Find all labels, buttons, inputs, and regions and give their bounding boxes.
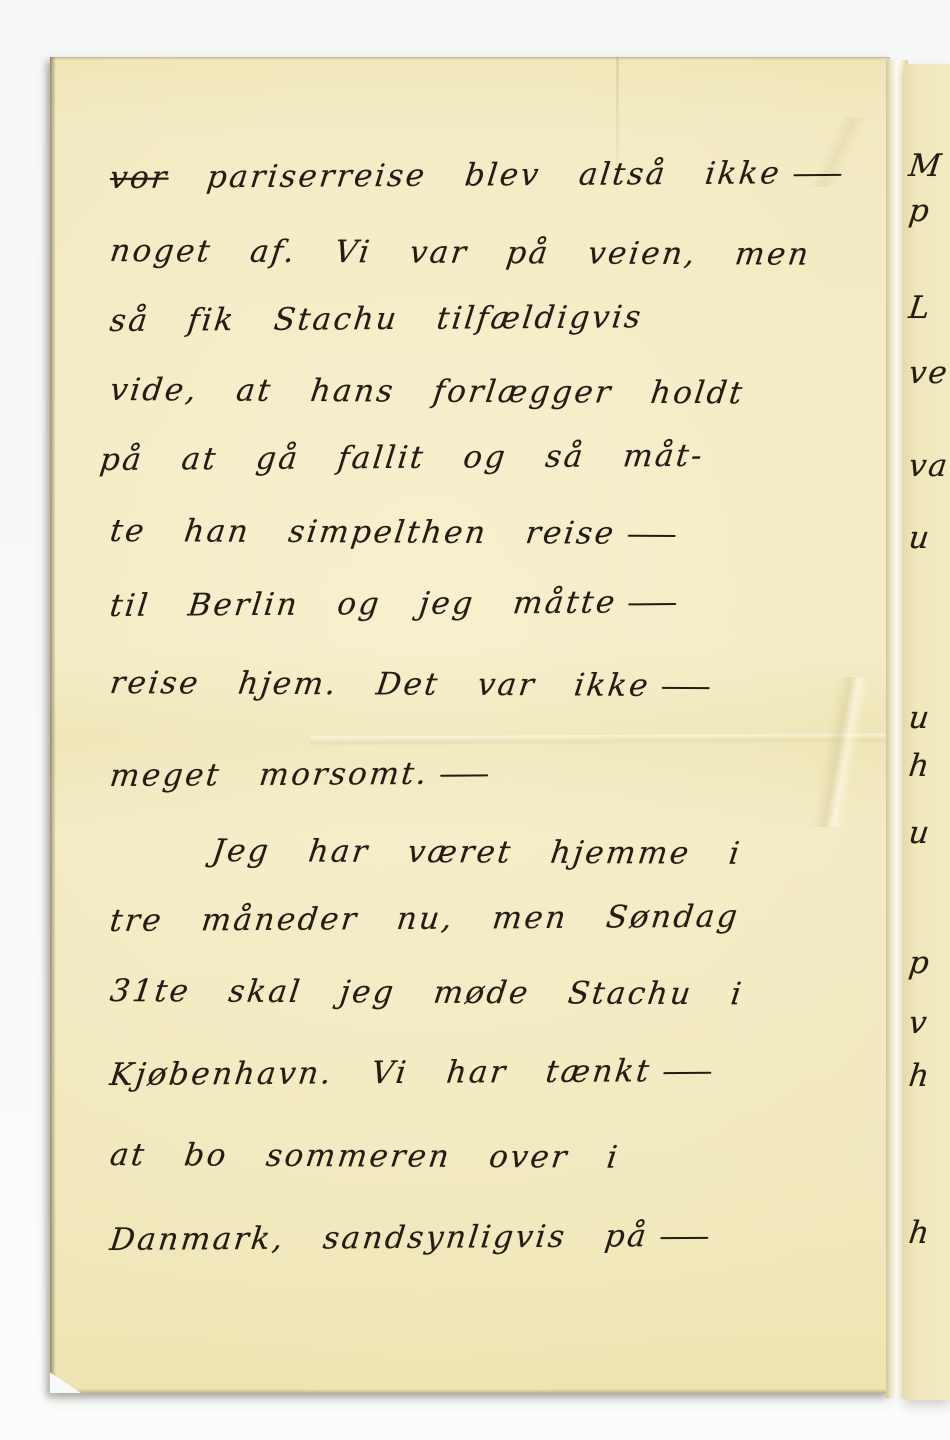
- paper-left-edge-shadow: [50, 57, 56, 1393]
- handwriting-line: 31te skal jeg møde Stachu i: [108, 973, 746, 1012]
- page-edge-fragment: h: [907, 748, 933, 784]
- handwriting-line: på at gå fallit og så måt-: [98, 438, 706, 478]
- letter-page: vor pariserreise blev altså ikke noget a…: [50, 57, 890, 1393]
- scan-background: vor pariserreise blev altså ikke noget a…: [0, 0, 950, 1440]
- adjacent-page-sliver: M p L ve va u u h u p v h h: [904, 64, 950, 1400]
- handwriting-line: Jeg har været hjemme i: [210, 833, 744, 872]
- page-edge-fragment: ve: [907, 355, 950, 391]
- handwriting-line: tre måneder nu, men Søndag: [108, 899, 741, 939]
- paper-bottom-edge: [50, 1389, 890, 1393]
- page-edge-fragment: va: [907, 448, 950, 484]
- handwriting-text: pariserreise blev altså ikke: [205, 155, 783, 195]
- struck-word: vor: [108, 160, 171, 196]
- handwriting-line: Danmark, sandsynligvis på: [108, 1218, 710, 1258]
- handwriting-line: vide, at hans forlægger holdt: [108, 372, 747, 411]
- page-edge-fragment: p: [907, 945, 933, 981]
- handwriting-line: Kjøbenhavn. Vi har tænkt: [108, 1053, 713, 1093]
- handwriting-line: reise hjem. Det var ikke: [108, 665, 712, 704]
- handwriting-line: meget morsomt.: [108, 755, 491, 794]
- handwriting-line: noget af. Vi var på veien, men: [108, 233, 813, 273]
- page-edge-fragment: u: [907, 815, 933, 851]
- handwriting-line: te han simpelthen reise: [108, 513, 678, 552]
- page-edge-fragment: L: [907, 290, 934, 326]
- folded-corner: [50, 1371, 84, 1393]
- page-edge-fragment: u: [907, 520, 933, 556]
- page-edge-fragment: h: [907, 1215, 933, 1251]
- page-edge-fragment: p: [907, 193, 933, 229]
- page-edge-fragment: M: [907, 148, 945, 184]
- handwriting-line: så fik Stachu tilfældigvis: [108, 299, 645, 339]
- page-edge-fragment: h: [907, 1058, 933, 1094]
- page-edge-fragment: u: [907, 700, 933, 736]
- handwriting-line: at bo sommeren over i: [108, 1137, 622, 1176]
- handwriting-line: vor pariserreise blev altså ikke: [108, 155, 843, 196]
- handwriting-line: til Berlin og jeg måtte: [108, 584, 679, 624]
- paper-top-edge: [50, 57, 890, 60]
- page-edge-fragment: v: [907, 1005, 931, 1041]
- paper-wrinkle: [780, 677, 890, 827]
